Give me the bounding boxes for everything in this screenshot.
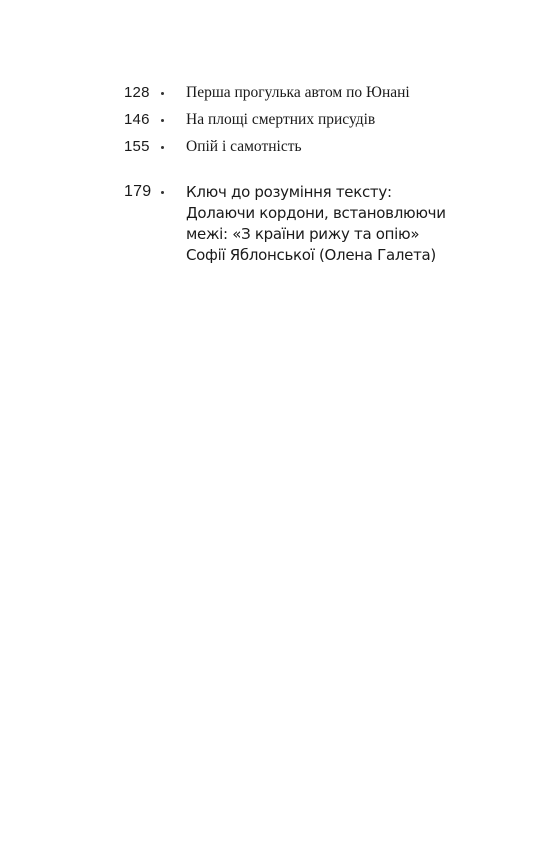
page-number: 128 [124,83,150,103]
page-number: 155 [124,137,150,157]
page-number: 146 [124,110,150,130]
afterword-title-line: Ключ до розуміння тексту: [186,182,446,203]
chapter-title: Перша прогулька автом по Юнані [186,83,410,103]
afterword-title-line: Долаючи кордони, встановлюючи [186,203,446,224]
bullet-separator-icon [161,92,164,95]
bullet-separator-icon [161,119,164,122]
afterword-title-line: межі: «З країни рижу та опію» [186,224,446,245]
chapter-title: Опій і самотність [186,137,302,157]
bullet-separator-icon [161,191,164,194]
bullet-separator-icon [161,146,164,149]
afterword-title: Ключ до розуміння тексту: Долаючи кордон… [186,182,446,266]
afterword-title-line: Софії Яблонської (Олена Галета) [186,245,446,266]
chapter-title: На площі смертних присудів [186,110,375,130]
page-number: 179 [124,182,151,202]
